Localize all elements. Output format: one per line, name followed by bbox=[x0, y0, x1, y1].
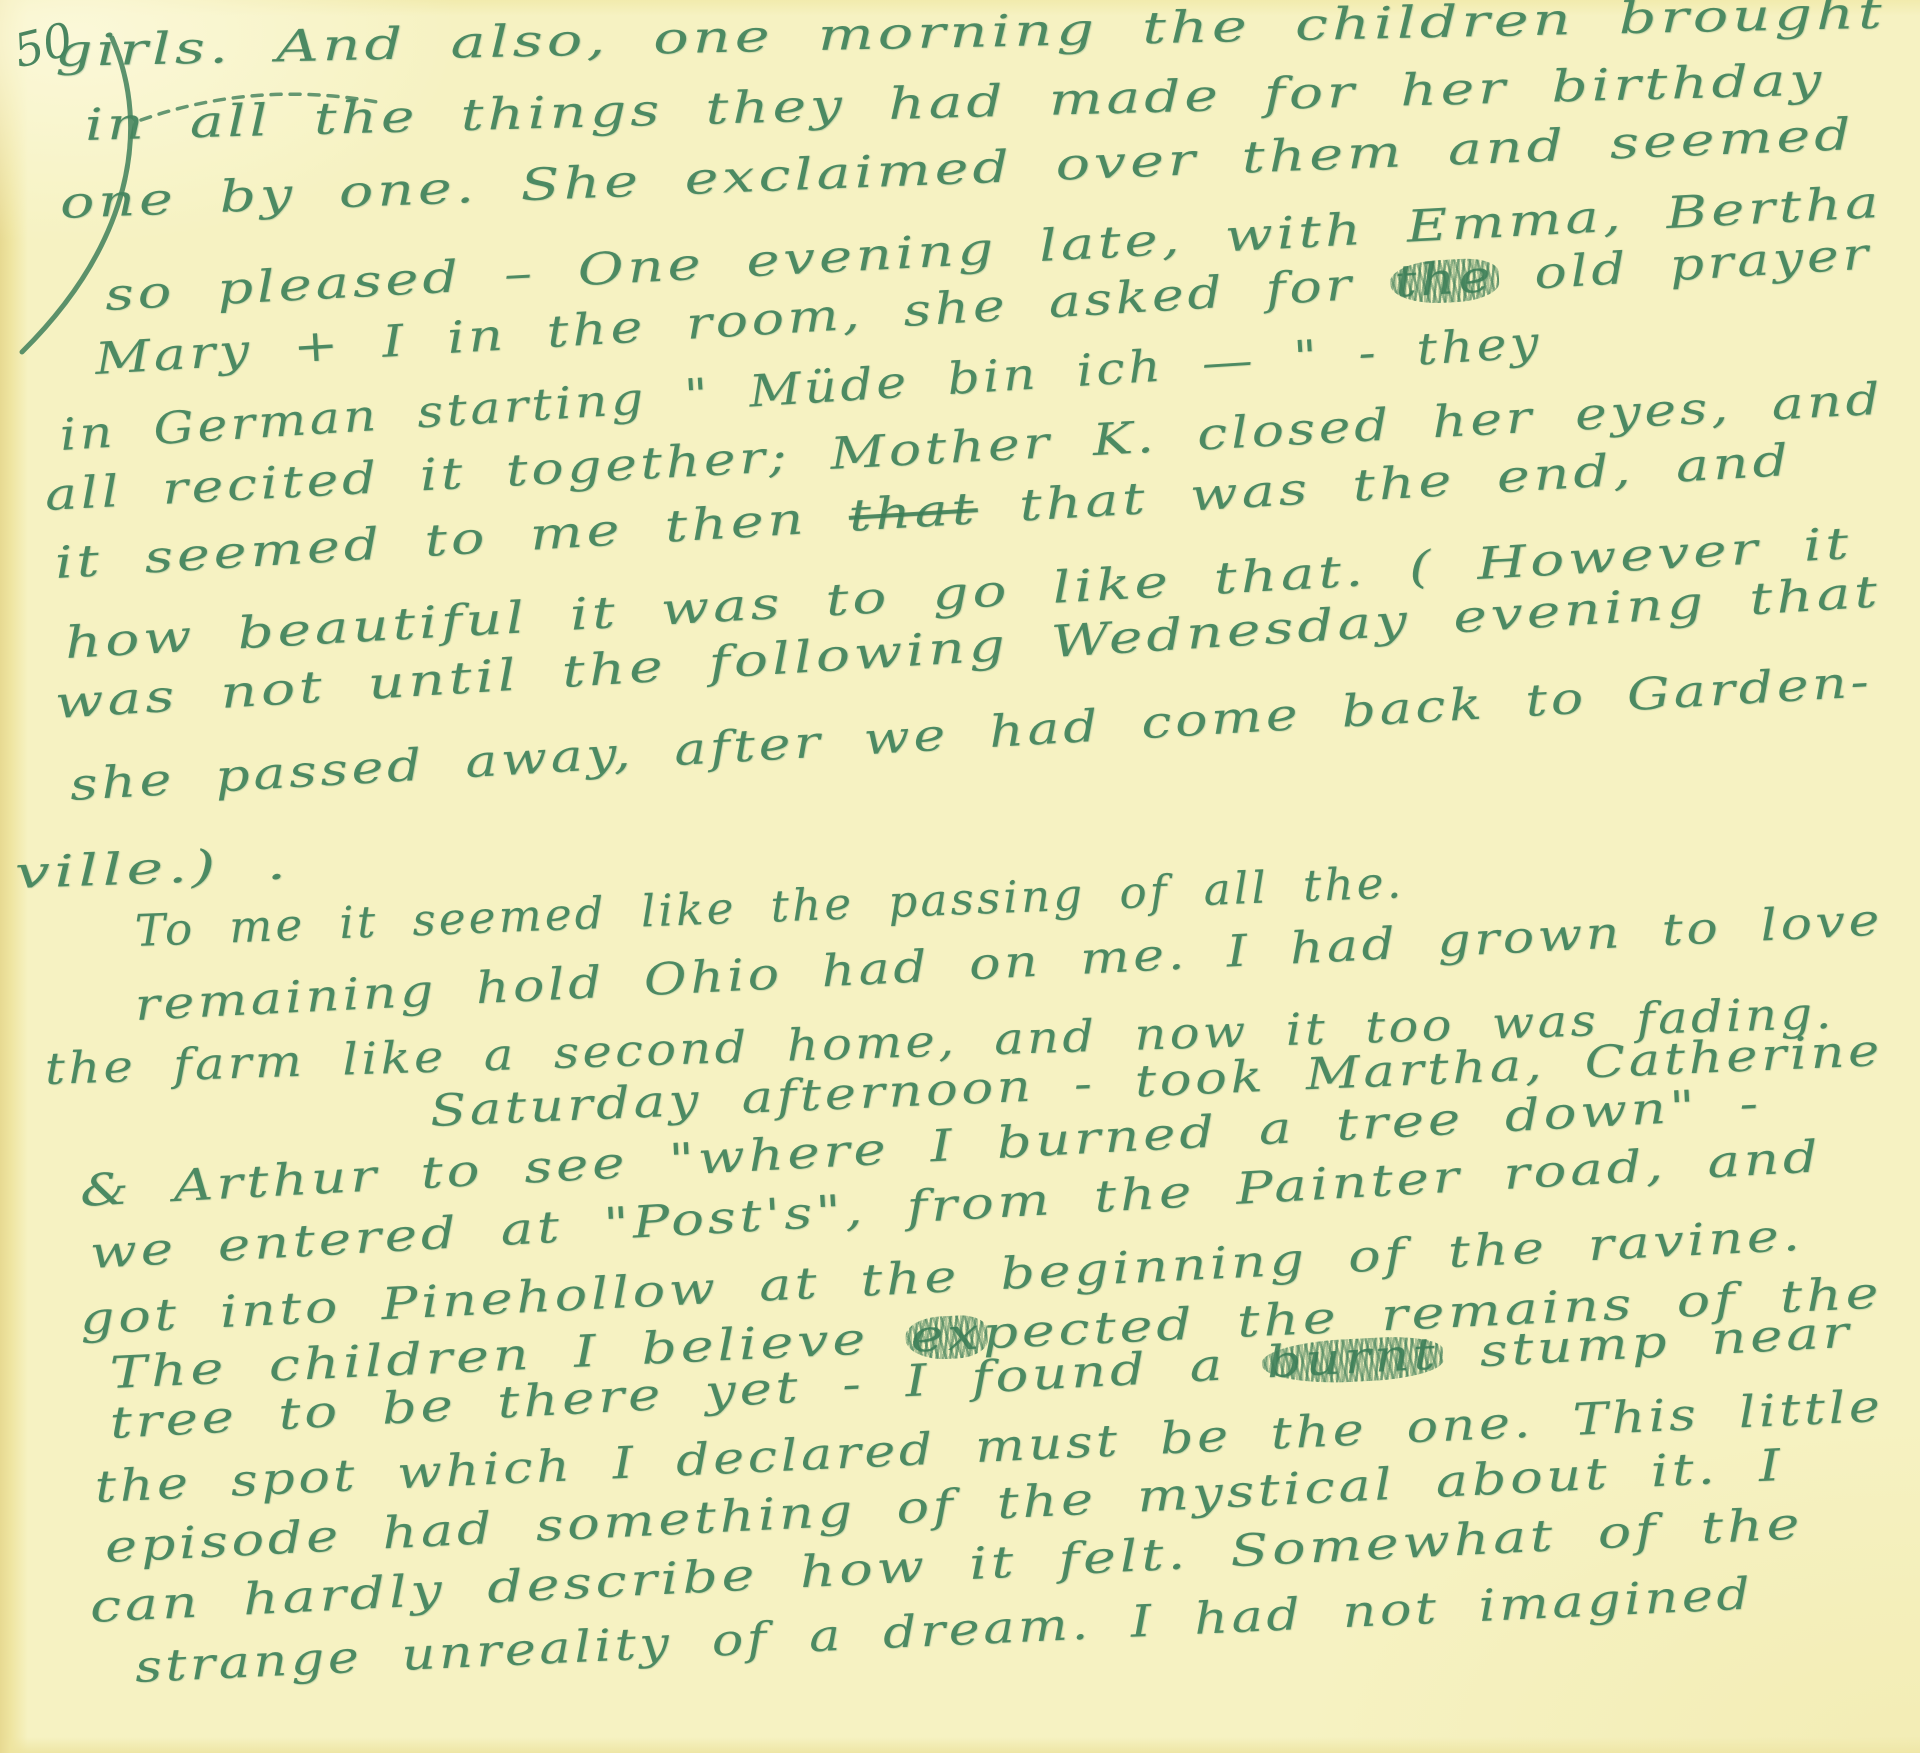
scribbled-out-word: the bbox=[1393, 251, 1495, 308]
handwritten-line: ville.) . bbox=[14, 840, 291, 898]
struck-through-word: that bbox=[847, 483, 979, 542]
text-segment: ville.) . bbox=[14, 838, 291, 899]
diary-page: 50 girls. And also, one morning the chil… bbox=[0, 0, 1920, 1753]
scribbled-out-word: burnt bbox=[1265, 1328, 1440, 1388]
